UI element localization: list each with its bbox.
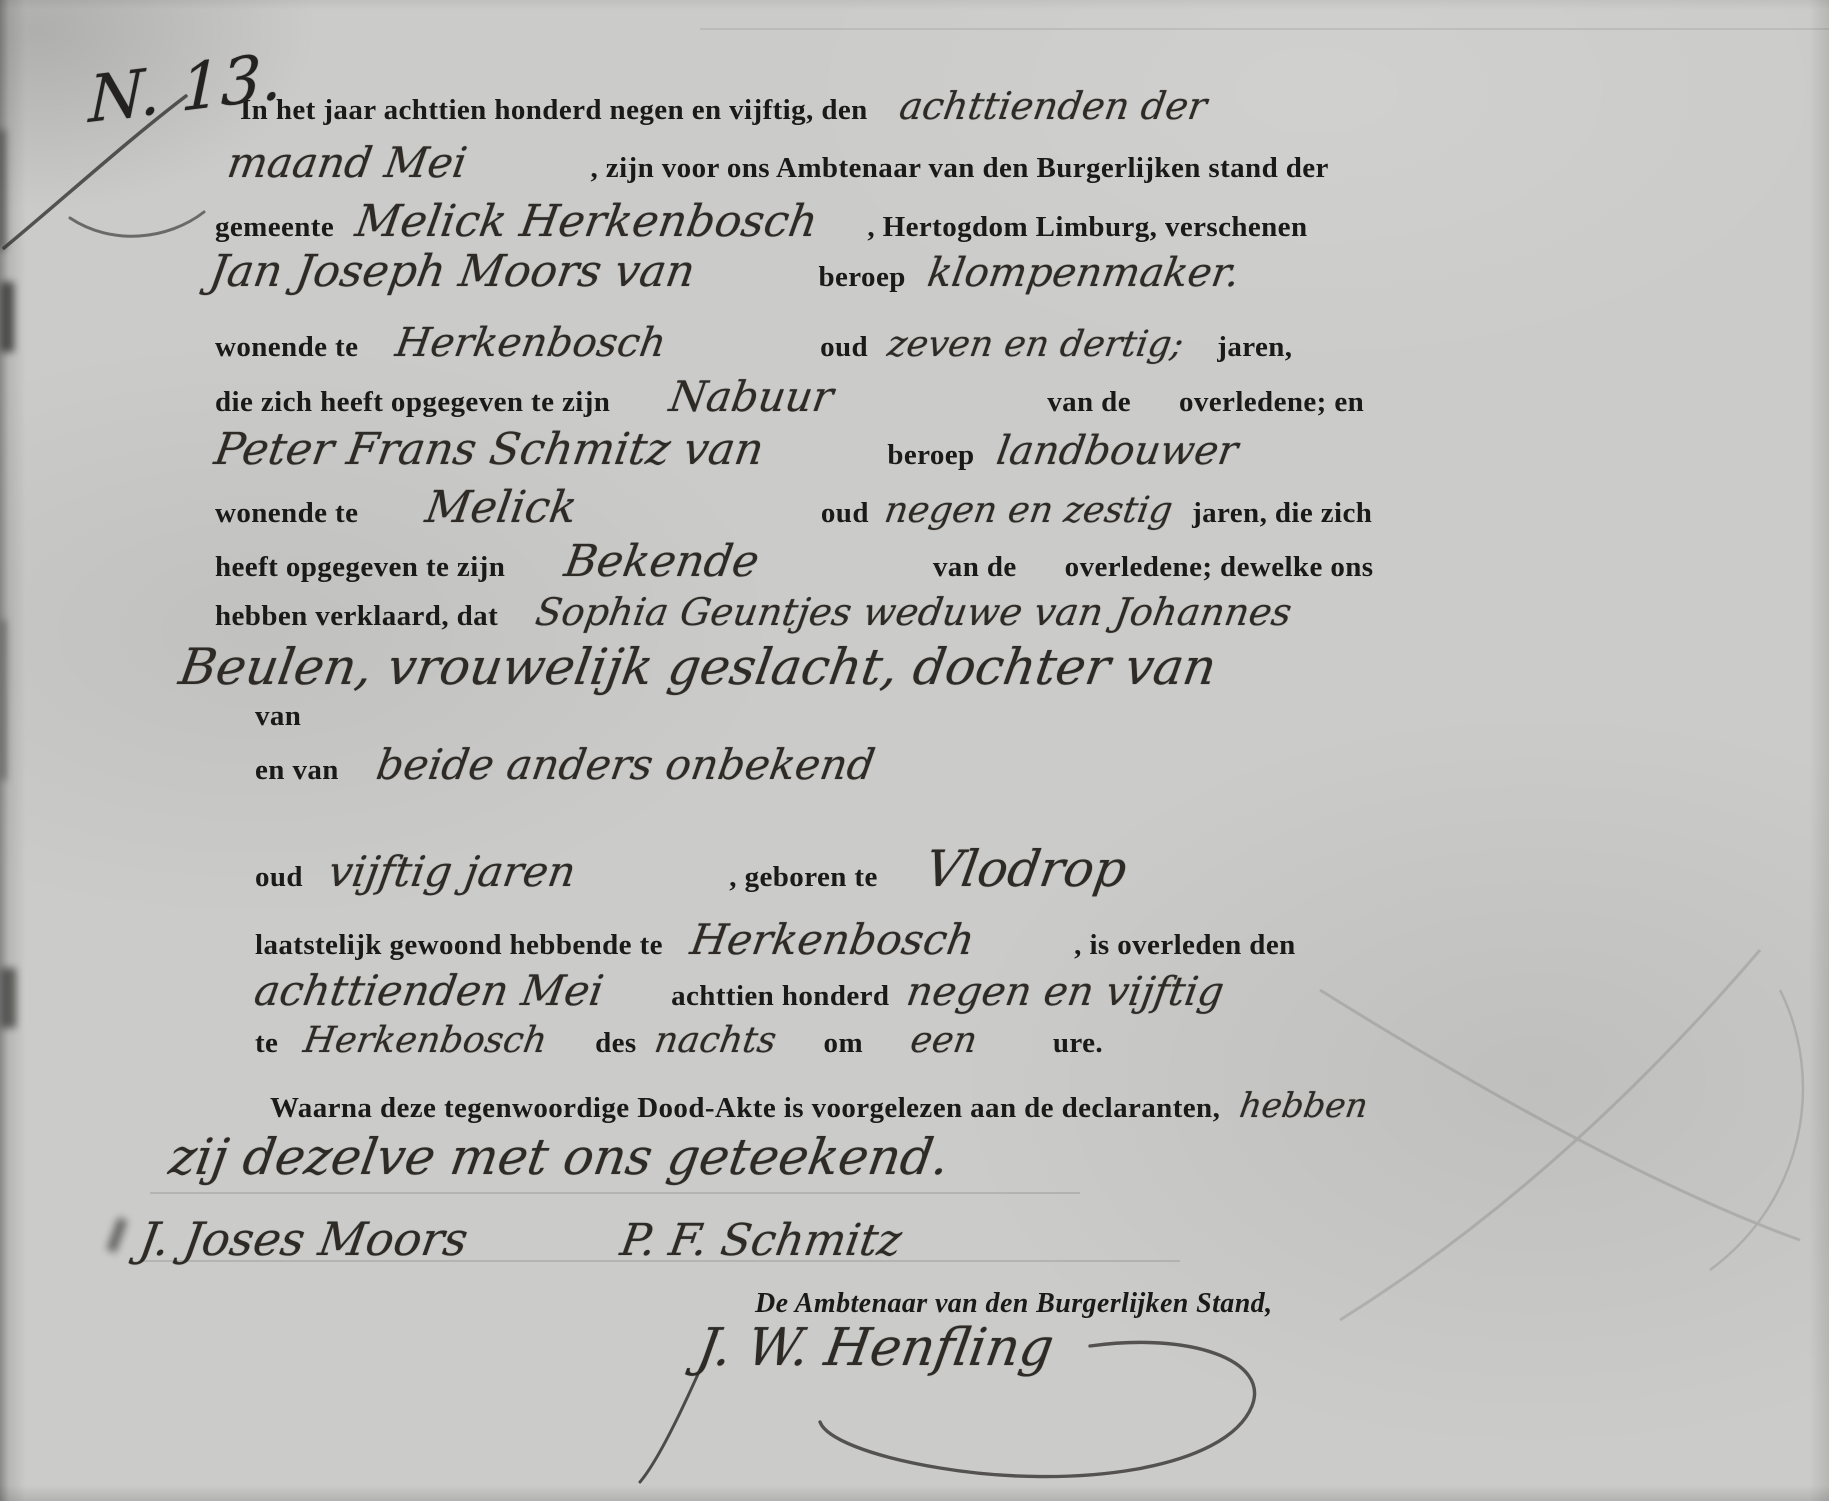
entry-deceased-name: Sophia Geuntjes weduwe van Johannes bbox=[533, 590, 1295, 634]
entry-declarant1-name: Jan Joseph Moors van bbox=[206, 246, 699, 297]
printed-en-van-label: en van bbox=[255, 754, 339, 786]
scan-smudge bbox=[0, 968, 16, 1028]
entry-parents: beide anders onbekend bbox=[373, 740, 878, 789]
printed-van-de-2: van de bbox=[933, 551, 1017, 583]
entry-municipality: Melick Herkenbosch bbox=[352, 196, 821, 247]
line-municipality: gemeente Melick Herkenbosch , Hertogdom … bbox=[215, 196, 1307, 247]
line-mother: en van beide anders onbekend bbox=[255, 740, 874, 789]
line-last-residence: laatstelijk gewoond hebbende te Herkenbo… bbox=[255, 915, 1296, 964]
entry-signing-statement: zij dezelve met ons geteekend. bbox=[165, 1128, 953, 1186]
printed-is-overleden: , is overleden den bbox=[1074, 929, 1295, 961]
entry-declarant2-name: Peter Frans Schmitz van bbox=[211, 424, 767, 475]
printed-laatstelijk-label: laatstelijk gewoond hebbende te bbox=[255, 929, 663, 961]
printed-geboren-te: , geboren te bbox=[729, 861, 877, 893]
line-declarant-signatures: J. Joses Moors P. F. Schmitz bbox=[140, 1212, 901, 1266]
entry-last-residence: Herkenbosch bbox=[687, 915, 978, 964]
line-opening: In het jaar achttien honderd negen en vi… bbox=[240, 84, 1206, 128]
line-deceased-description: Beulen, vrouwelijk geslacht, dochter van bbox=[180, 638, 1216, 696]
printed-registrar-clause: , zijn voor ons Ambtenaar van den Burger… bbox=[591, 152, 1329, 184]
entry-declarant1-occupation: klompenmaker. bbox=[924, 250, 1243, 296]
printed-achttien-honderd: achttien honderd bbox=[671, 980, 889, 1012]
printed-wonende-label-1: wonende te bbox=[215, 331, 358, 363]
line-age-birthplace: oud vijftig jaren , geboren te Vlodrop bbox=[255, 840, 1126, 898]
printed-om-label: om bbox=[824, 1027, 863, 1059]
line-death-place-time: te Herkenbosch des nachts om een ure. bbox=[255, 1020, 1103, 1061]
officer-signature: J. W. Henfling bbox=[620, 1318, 1360, 1498]
printed-wonende-label-2: wonende te bbox=[215, 497, 358, 529]
printed-overledene-en: overledene; en bbox=[1179, 386, 1364, 418]
printed-jaren-label-1: jaren, bbox=[1217, 331, 1292, 363]
printed-opening-year: In het jaar achttien honderd negen en vi… bbox=[240, 94, 868, 126]
entry-declarant1-relation: Nabuur bbox=[666, 372, 837, 421]
line-declarant1: Jan Joseph Moors van beroep klompenmaker… bbox=[210, 246, 1239, 297]
line-declaration: hebben verklaard, dat Sophia Geuntjes we… bbox=[215, 590, 1291, 634]
entry-declarant2-age: negen en zestig bbox=[882, 490, 1176, 531]
signature-declarant2: P. F. Schmitz bbox=[617, 1215, 905, 1266]
printed-ure-label: ure. bbox=[1053, 1027, 1103, 1059]
printed-verklaard-label: hebben verklaard, dat bbox=[215, 600, 498, 632]
printed-duchy-clause: , Hertogdom Limburg, verschenen bbox=[867, 211, 1307, 243]
scan-smudge bbox=[0, 620, 6, 780]
printed-oud-label-2: oud bbox=[821, 497, 869, 529]
line-declarant2-relation: heeft opgegeven te zijn Bekende van de o… bbox=[215, 536, 1374, 587]
printed-van-label: van bbox=[255, 700, 301, 732]
line-declarant2-residence: wonende te Melick oud negen en zestig ja… bbox=[215, 482, 1372, 533]
entry-death-time-of-day: nachts bbox=[651, 1020, 778, 1061]
entry-declarant1-residence: Herkenbosch bbox=[393, 320, 670, 366]
printed-gemeente-label: gemeente bbox=[215, 211, 334, 243]
line-declarant1-residence: wonende te Herkenbosch oud zeven en dert… bbox=[215, 320, 1292, 366]
printed-jaren-die-zich: jaren, die zich bbox=[1192, 497, 1372, 529]
entry-hebben: hebben bbox=[1237, 1086, 1371, 1126]
entry-deceased-description: Beulen, vrouwelijk geslacht, dochter van bbox=[175, 638, 1220, 696]
scan-smudge bbox=[0, 282, 14, 352]
entry-birthplace: Vlodrop bbox=[921, 840, 1130, 898]
printed-officer-caption: De Ambtenaar van den Burgerlijken Stand, bbox=[755, 1288, 1272, 1319]
scan-edge-streak bbox=[700, 28, 1829, 30]
printed-waarna-clause: Waarna deze tegenwoordige Dood-Akte is v… bbox=[270, 1092, 1220, 1124]
entry-death-year: negen en vijftig bbox=[904, 969, 1228, 1015]
line-officer-caption: De Ambtenaar van den Burgerlijken Stand, bbox=[755, 1288, 1272, 1320]
printed-van-de-1: van de bbox=[1047, 386, 1131, 418]
printed-oud-label-3: oud bbox=[255, 861, 303, 893]
entry-declarant1-age: zeven en dertig; bbox=[885, 324, 1187, 365]
line-father: van bbox=[255, 700, 301, 733]
line-declarant2: Peter Frans Schmitz van beroep landbouwe… bbox=[215, 424, 1237, 475]
signature-declarant1: J. Joses Moors bbox=[136, 1212, 472, 1266]
line-declarant1-relation: die zich heeft opgegeven te zijn Nabuur … bbox=[215, 372, 1364, 421]
printed-beroep-label-1: beroep bbox=[819, 261, 906, 293]
scan-pencil-marks bbox=[1280, 930, 1829, 1360]
scan-ruled-line bbox=[150, 1192, 1080, 1194]
entry-death-day: achttienden Mei bbox=[251, 966, 607, 1015]
printed-overledene-dewelke: overledene; dewelke ons bbox=[1065, 551, 1374, 583]
printed-relation-clause-1: die zich heeft opgegeven te zijn bbox=[215, 386, 610, 418]
line-signing-statement: zij dezelve met ons geteekend. bbox=[170, 1128, 949, 1186]
entry-death-place: Herkenbosch bbox=[301, 1020, 550, 1061]
line-month: maand Mei , zijn voor ons Ambtenaar van … bbox=[228, 138, 1329, 187]
scan-ink-mark bbox=[106, 1217, 127, 1252]
entry-month: maand Mei bbox=[224, 138, 470, 187]
line-read-aloud: Waarna deze tegenwoordige Dood-Akte is v… bbox=[270, 1086, 1368, 1126]
printed-beroep-label-2: beroep bbox=[887, 439, 974, 471]
line-death-date: achttienden Mei achttien honderd negen e… bbox=[255, 966, 1224, 1015]
printed-relation-clause-2: heeft opgegeven te zijn bbox=[215, 551, 505, 583]
officer-signature-name: J. W. Henfling bbox=[693, 1318, 1058, 1378]
printed-oud-label-1: oud bbox=[820, 331, 868, 363]
death-certificate-scan: N. 13. In het jaar achttien honderd nege… bbox=[0, 0, 1829, 1501]
scan-smudge bbox=[0, 130, 6, 250]
printed-te-label: te bbox=[255, 1027, 278, 1059]
entry-deceased-age: vijftig jaren bbox=[325, 847, 579, 896]
entry-declarant2-residence: Melick bbox=[422, 482, 581, 533]
printed-des-label: des bbox=[595, 1027, 637, 1059]
entry-day-date: achttienden der bbox=[896, 84, 1209, 128]
entry-declarant2-relation: Bekende bbox=[561, 536, 763, 587]
entry-death-hour: een bbox=[908, 1020, 980, 1061]
entry-declarant2-occupation: landbouwer bbox=[993, 428, 1241, 474]
